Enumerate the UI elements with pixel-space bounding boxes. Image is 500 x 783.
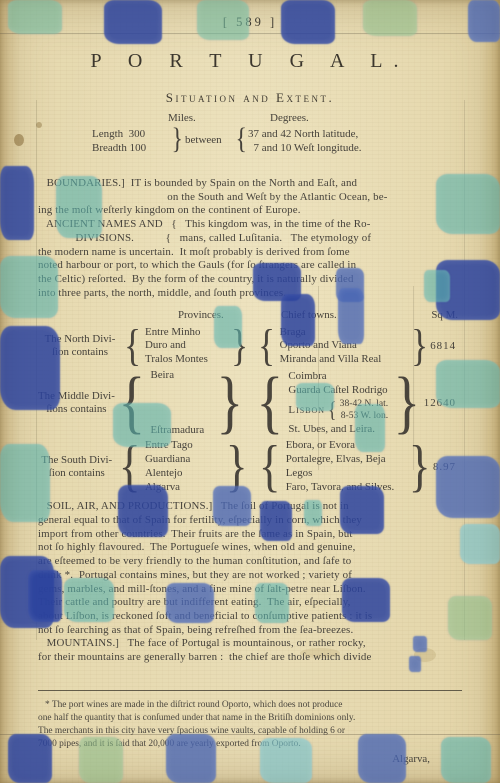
page-scan: [ 589 ] P O R T U G A L. Situation and E… [0,0,500,783]
lisbon-name: Lisbon [288,404,325,416]
table-header: Provinces. Chief towns. Sq M. [38,309,462,324]
opening-brace: { [256,368,283,438]
length-breadth-values: Length 300 Breadth 100 [92,128,146,155]
soil-air-productions-paragraph: SOIL, AIR, AND PRODUCTIONS.] The ſoil of… [38,500,462,637]
closing-brace: } [231,324,248,368]
opening-brace: { [259,324,276,368]
chief-towns-column-header: Chief towns. [281,309,337,321]
table-row-south-division: The South Divi- ſion contains { Entre Ta… [38,438,462,495]
page-title: P O R T U G A L. [0,50,500,73]
square-miles-column-header: Sq M. [431,309,458,321]
row-label: The South Divi- ſion contains [38,454,116,480]
provinces-cell: Beira Eſtramadura [148,369,213,438]
page-number: [ 589 ] [0,15,500,30]
towns-upper-lines: Coimbra Guarda Caſtel Rodrigo [288,370,388,398]
closing-brace: } [171,124,183,154]
closing-brace: } [411,324,428,368]
provinces-cell: Entre Minho Duro and Tralos Montes [143,326,229,367]
section-heading: Situation and Extent. [0,90,500,106]
opening-brace: { [259,438,281,495]
opening-brace: { [118,438,140,495]
chief-towns-cell: Ebora, or Evora Portalegre, Elvas, Beja … [284,439,406,494]
degrees-label: Degrees. [270,112,309,124]
provinces-column-header: Provinces. [178,309,224,321]
lisbon-line: Lisbon { 38-42 N. lat. 8-53 W. lon. [288,398,388,423]
closing-brace: } [217,368,244,438]
closing-brace: } [408,438,430,495]
row-label: The North Divi- ſion contains [38,333,122,359]
catchword: Algarva, [38,753,462,765]
chief-towns-cell: Coimbra Guarda Caſtel Rodrigo Lisbon { 3… [286,370,390,436]
latitude-longitude-values: 37 and 42 North latitude, 7 and 10 Weſt … [248,128,361,155]
extent-figure: Miles. Degrees. Length 300 Breadth 100 }… [38,112,462,170]
opening-brace: { [235,124,247,154]
towns-lower-line: St. Ubes, and Leira. [288,423,388,437]
square-miles-value: 12640 [424,397,462,409]
square-miles-value: 8.97 [433,461,462,473]
mountains-paragraph: MOUNTAINS.] The face of Portugal is moun… [38,637,462,664]
closing-brace: } [226,438,248,495]
printed-sheet: [ 589 ] P O R T U G A L. Situation and E… [0,0,500,765]
chief-towns-cell: Braga Oporto and Viana Miranda and Villa… [278,326,410,367]
divisions-table: Provinces. Chief towns. Sq M. The North … [38,309,462,495]
row-label: The Middle Divi- ſions contains [38,390,115,416]
lisbon-coordinates: 38-42 N. lat. 8-53 W. lon. [340,398,389,422]
opening-brace: { [328,399,336,421]
table-row-north-division: The North Divi- ſion contains { Entre Mi… [38,324,462,368]
opening-brace: { [118,368,145,438]
between-label: between [185,134,222,146]
footnote-separator-rule [38,690,462,691]
opening-brace: { [124,324,141,368]
closing-brace: } [394,368,421,438]
provinces-cell: Entre Tago Guardiana Alentejo Algarva [143,439,223,494]
square-miles-value: 6814 [430,340,462,352]
table-row-middle-division: The Middle Divi- ſions contains { Beira … [38,368,462,438]
footnote-text: * The port wines are made in the diſtric… [38,699,462,752]
boundaries-paragraph: BOUNDARIES.] IT is bounded by Spain on t… [38,177,462,300]
